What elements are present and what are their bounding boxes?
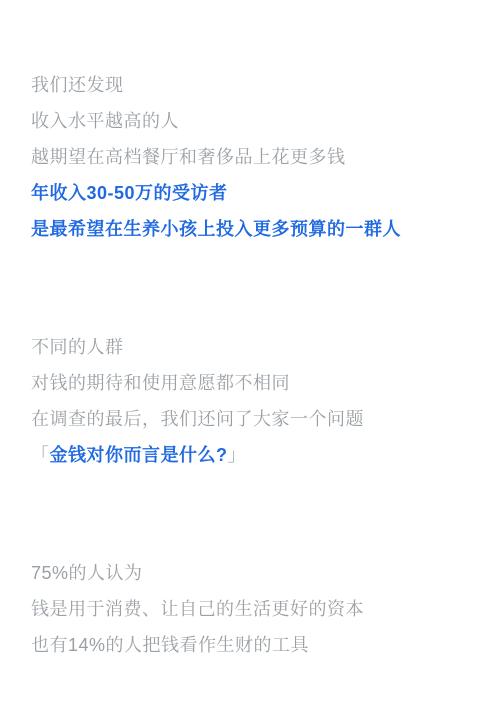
line-money-expectation: 对钱的期待和使用意愿都不相同 xyxy=(31,365,481,401)
quote-open-bracket: 「 xyxy=(31,445,50,465)
line-stat-14-percent: 也有14%的人把钱看作生财的工具 xyxy=(31,627,481,663)
line-money-question-quote: 「金钱对你而言是什么?」 xyxy=(31,437,481,473)
line-highlight-child-budget: 是最希望在生养小孩上投入更多预算的一群人 xyxy=(31,211,481,247)
line-income-level: 收入水平越高的人 xyxy=(31,103,481,139)
paragraph-money-views: 75%的人认为 钱是用于消费、让自己的生活更好的资本 也有14%的人把钱看作生财… xyxy=(31,555,481,663)
paragraph-survey-question: 不同的人群 对钱的期待和使用意愿都不相同 在调查的最后，我们还问了大家一个问题 … xyxy=(31,329,481,473)
article-content: 我们还发现 收入水平越高的人 越期望在高档餐厅和奢侈品上花更多钱 年收入30-5… xyxy=(0,0,499,663)
quote-close-bracket: 」 xyxy=(228,445,247,465)
line-finding-intro: 我们还发现 xyxy=(31,67,481,103)
line-stat-75-percent: 75%的人认为 xyxy=(31,555,481,591)
line-highlight-income-group: 年收入30-50万的受访者 xyxy=(31,175,481,211)
paragraph-income-findings: 我们还发现 收入水平越高的人 越期望在高档餐厅和奢侈品上花更多钱 年收入30-5… xyxy=(31,67,481,247)
line-money-consumption: 钱是用于消费、让自己的生活更好的资本 xyxy=(31,591,481,627)
line-spend-expectation: 越期望在高档餐厅和奢侈品上花更多钱 xyxy=(31,139,481,175)
quote-text: 金钱对你而言是什么? xyxy=(50,445,228,465)
line-survey-final-question: 在调查的最后，我们还问了大家一个问题 xyxy=(31,401,481,437)
article-page: 我们还发现 收入水平越高的人 越期望在高档餐厅和奢侈品上花更多钱 年收入30-5… xyxy=(0,0,499,721)
line-different-groups: 不同的人群 xyxy=(31,329,481,365)
